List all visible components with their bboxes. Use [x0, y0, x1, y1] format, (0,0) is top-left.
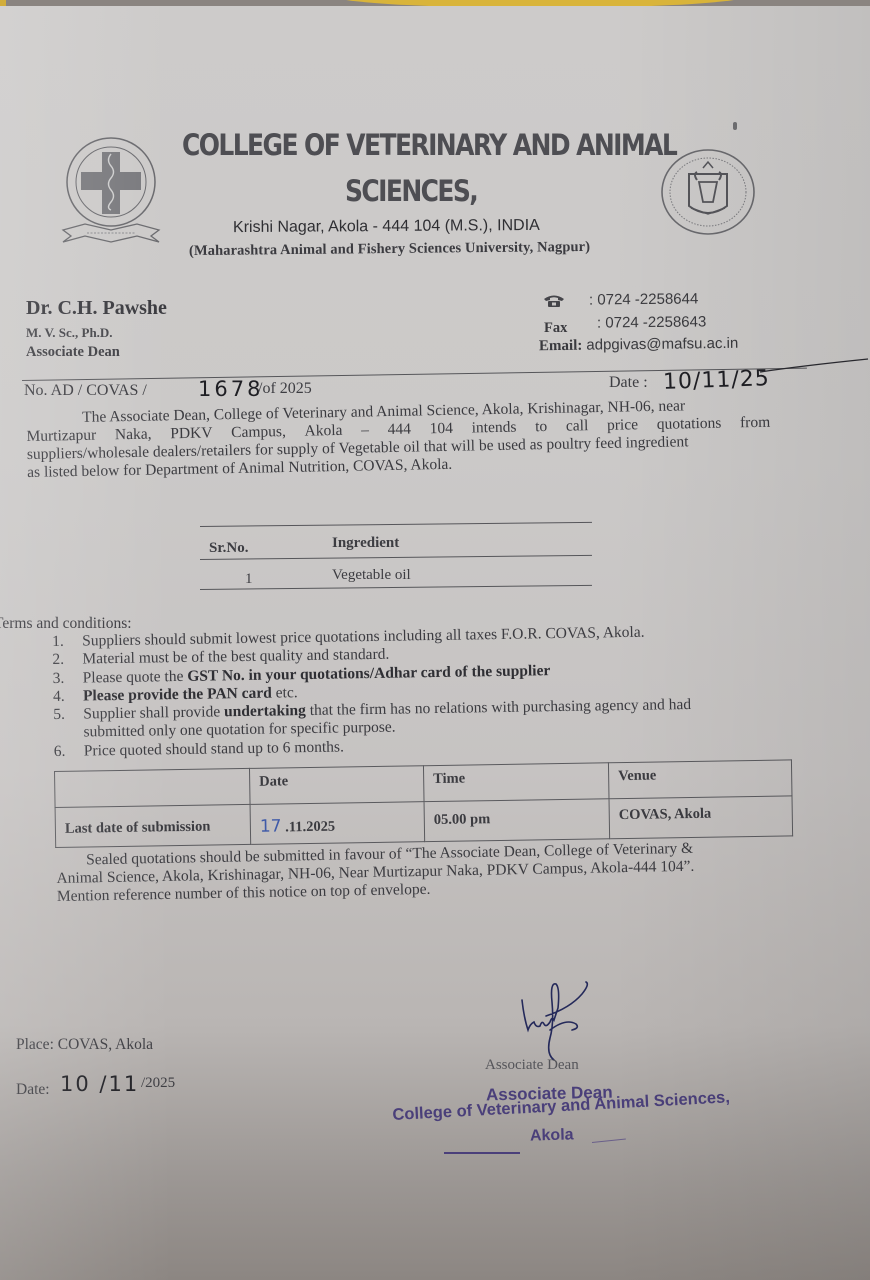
ingredient-header-srno: Sr.No.	[209, 540, 248, 557]
submission-date-printed: .11.2025	[281, 819, 335, 836]
email-address: adpgivas@mafsu.ac.in	[586, 335, 738, 354]
university-name: (Maharashtra Animal and Fishery Sciences…	[189, 239, 590, 260]
intro-word: intends	[471, 419, 516, 438]
submission-header-venue: Venue	[608, 760, 792, 799]
submission-row-time: 05.00 pm	[424, 799, 610, 842]
ingredient-header-name: Ingredient	[332, 535, 399, 552]
submission-table: Date Time Venue Last date of submission …	[54, 759, 793, 848]
phone-number: : 0724 -2258644	[589, 290, 698, 308]
intro-word: quotations	[657, 415, 722, 434]
reference-suffix: /of 2025	[258, 380, 312, 398]
terms-list: 1.Suppliers should submit lowest price q…	[52, 623, 692, 761]
intro-word: PDKV	[170, 424, 213, 443]
footer-date-label: Date:	[16, 1081, 50, 1099]
signature-caption: Associate Dean	[485, 1057, 579, 1074]
stamp-line-3: Akola	[530, 1126, 574, 1145]
footer-date-year: /2025	[141, 1075, 175, 1092]
terms-item-number	[53, 724, 83, 743]
intro-word: 104	[430, 420, 454, 438]
submission-row-label: Last date of submission	[55, 804, 251, 847]
closing-paragraph: Sealed quotations should be submitted in…	[56, 840, 695, 906]
college-name-line1: COLLEGE OF VETERINARY AND ANIMAL	[182, 128, 676, 162]
terms-item-text: Price quoted should stand up to 6 months…	[84, 738, 344, 760]
intro-word: Naka,	[115, 426, 152, 445]
stamp-underline-right	[592, 1138, 626, 1143]
terms-item-number: 3.	[53, 669, 83, 688]
submission-row-venue: COVAS, Akola	[609, 796, 793, 839]
submission-header-blank	[55, 768, 251, 807]
reference-line: No. AD / COVAS /	[24, 382, 147, 400]
ink-spot	[733, 122, 737, 130]
document-page: COLLEGE OF VETERINARY AND ANIMAL SCIENCE…	[0, 6, 870, 1280]
telephone-icon	[543, 294, 565, 308]
reference-number-handwritten: 1678	[198, 377, 263, 401]
terms-heading: Terms and conditions:	[0, 615, 132, 633]
date-label: Date :	[609, 374, 648, 392]
footer-place: Place: COVAS, Akola	[16, 1036, 153, 1054]
sender-name: Dr. C.H. Pawshe	[26, 297, 167, 320]
date-handwritten: 10/11/25	[663, 366, 771, 395]
footer-date-handwritten: 10 /11	[60, 1072, 139, 1096]
stamp-underline-left	[444, 1152, 520, 1154]
handwritten-stroke	[760, 356, 870, 376]
sender-qualification: M. V. Sc., Ph.D.	[26, 325, 113, 341]
intro-word: price	[607, 416, 638, 435]
submission-header-time: Time	[423, 763, 609, 802]
fax-label: Fax	[544, 320, 567, 337]
submission-header-date: Date	[249, 766, 424, 805]
college-emblem-icon	[55, 132, 167, 256]
ingredient-row-srno: 1	[245, 571, 253, 588]
email-label: Email:	[539, 338, 583, 355]
intro-word: call	[566, 417, 589, 435]
college-address: Krishi Nagar, Akola - 444 104 (M.S.), IN…	[233, 217, 540, 237]
terms-item-number: 6.	[54, 742, 84, 761]
terms-item-number: 1.	[52, 633, 82, 652]
terms-item-number: 5.	[53, 706, 83, 725]
ingredient-table-top-rule	[200, 522, 592, 527]
terms-item-number: 4.	[53, 687, 83, 706]
fax-number: : 0724 -2258643	[597, 313, 706, 331]
terms-item-number: 2.	[52, 651, 82, 670]
reference-prefix: No. AD / COVAS /	[24, 382, 147, 399]
intro-word: Murtizapur	[26, 427, 96, 446]
ingredient-row-name: Vegetable oil	[332, 567, 411, 584]
college-name-line2: SCIENCES,	[345, 174, 477, 208]
ingredient-table-header-rule	[200, 555, 592, 560]
submission-date-handwritten-day: 17	[260, 816, 282, 836]
intro-word: Campus,	[231, 423, 286, 442]
intro-word: 444	[388, 421, 412, 439]
email-line: Email: adpgivas@mafsu.ac.in	[539, 335, 739, 355]
intro-word: from	[740, 414, 770, 433]
intro-word: Akola	[304, 422, 342, 441]
submission-row-date: 17 .11.2025	[250, 802, 425, 845]
ingredient-table-bottom-rule	[200, 585, 592, 590]
intro-word: –	[361, 421, 369, 439]
sender-designation: Associate Dean	[26, 344, 120, 361]
intro-word: to	[535, 418, 547, 436]
intro-paragraph: The Associate Dean, College of Veterinar…	[26, 396, 771, 482]
